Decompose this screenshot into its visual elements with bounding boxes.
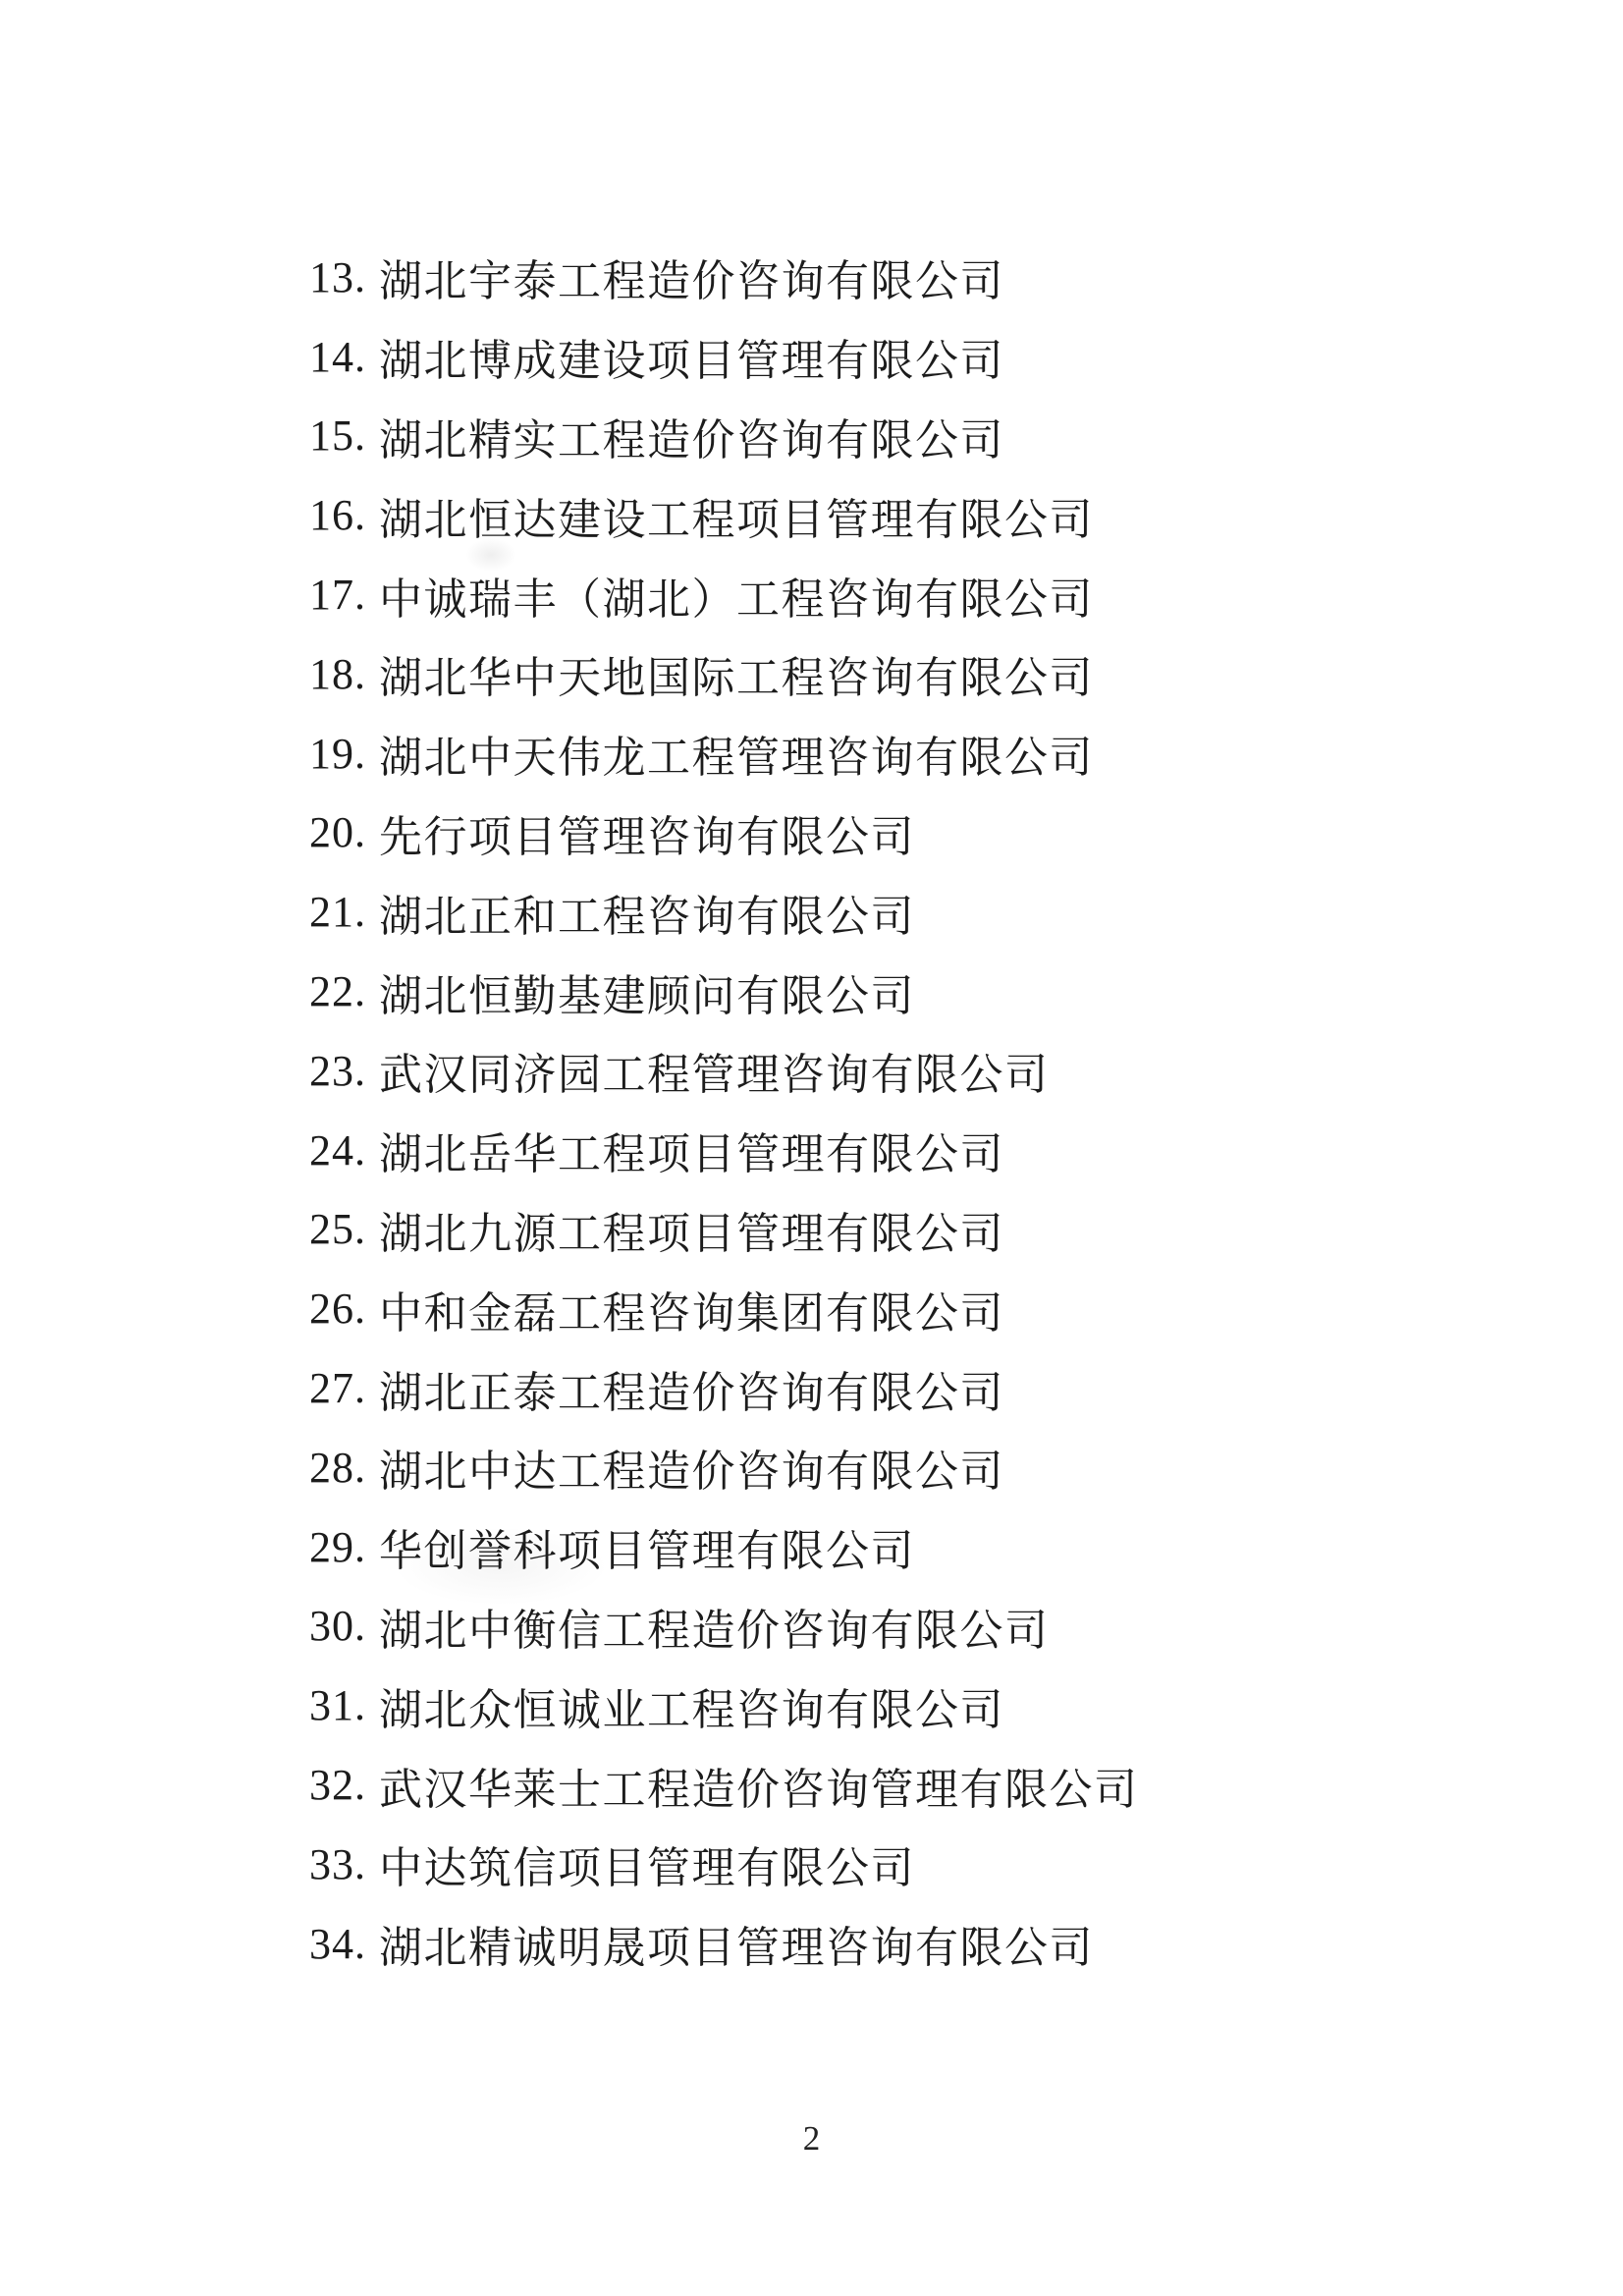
company-name: 武汉华莱士工程造价咨询管理有限公司 [379, 1754, 1139, 1817]
item-number: 13. [309, 252, 366, 302]
company-name: 湖北中天伟龙工程管理咨询有限公司 [379, 722, 1094, 785]
item-number: 17. [309, 570, 366, 620]
company-name: 湖北正泰工程造价咨询有限公司 [379, 1357, 1004, 1420]
item-number: 34. [309, 1919, 366, 1969]
list-item: 25.湖北九源工程项目管理有限公司 [309, 1190, 1139, 1270]
company-name: 湖北岳华工程项目管理有限公司 [379, 1119, 1004, 1181]
list-item: 17.中诚瑞丰（湖北）工程咨询有限公司 [309, 555, 1139, 634]
company-name: 湖北中衡信工程造价咨询有限公司 [379, 1595, 1050, 1658]
company-name: 湖北精诚明晟项目管理咨询有限公司 [379, 1912, 1094, 1975]
company-name: 中诚瑞丰（湖北）工程咨询有限公司 [379, 564, 1094, 627]
item-number: 23. [309, 1046, 366, 1096]
company-name: 湖北博成建设项目管理有限公司 [379, 325, 1004, 388]
item-number: 27. [309, 1363, 366, 1413]
list-item: 18.湖北华中天地国际工程咨询有限公司 [309, 634, 1139, 714]
company-name: 湖北精实工程造价咨询有限公司 [379, 405, 1004, 467]
page-number: 2 [0, 2119, 1623, 2159]
list-item: 28.湖北中达工程造价咨询有限公司 [309, 1428, 1139, 1507]
item-number: 24. [309, 1125, 366, 1175]
company-name: 华创誉科项目管理有限公司 [379, 1515, 915, 1578]
item-number: 33. [309, 1839, 366, 1889]
company-name: 湖北九源工程项目管理有限公司 [379, 1198, 1004, 1261]
item-number: 30. [309, 1601, 366, 1651]
item-number: 15. [309, 410, 366, 461]
item-number: 26. [309, 1284, 366, 1334]
company-name: 湖北正和工程咨询有限公司 [379, 881, 915, 944]
item-number: 28. [309, 1443, 366, 1493]
list-item: 20.先行项目管理咨询有限公司 [309, 793, 1139, 873]
company-name: 湖北众恒诚业工程咨询有限公司 [379, 1674, 1004, 1737]
item-number: 19. [309, 729, 366, 779]
list-item: 26.中和金磊工程咨询集团有限公司 [309, 1269, 1139, 1348]
item-number: 31. [309, 1680, 366, 1730]
list-item: 22.湖北恒勤基建顾问有限公司 [309, 952, 1139, 1031]
company-name: 中达筑信项目管理有限公司 [379, 1832, 915, 1895]
item-number: 32. [309, 1760, 366, 1810]
list-item: 27.湖北正泰工程造价咨询有限公司 [309, 1348, 1139, 1428]
company-name: 湖北华中天地国际工程咨询有限公司 [379, 642, 1094, 705]
item-number: 14. [309, 332, 366, 382]
list-item: 15.湖北精实工程造价咨询有限公司 [309, 397, 1139, 476]
list-item: 21.湖北正和工程咨询有限公司 [309, 872, 1139, 952]
list-item: 31.湖北众恒诚业工程咨询有限公司 [309, 1666, 1139, 1745]
company-list: 13.湖北宇泰工程造价咨询有限公司14.湖北博成建设项目管理有限公司15.湖北精… [309, 238, 1139, 1984]
item-number: 22. [309, 966, 366, 1016]
list-item: 33.中达筑信项目管理有限公司 [309, 1825, 1139, 1904]
item-number: 16. [309, 490, 366, 540]
item-number: 18. [309, 649, 366, 699]
item-number: 25. [309, 1204, 366, 1254]
scanned-document-page: 13.湖北宇泰工程造价咨询有限公司14.湖北博成建设项目管理有限公司15.湖北精… [0, 0, 1623, 2296]
company-name: 湖北恒达建设工程项目管理有限公司 [379, 484, 1094, 547]
list-item: 29.华创誉科项目管理有限公司 [309, 1507, 1139, 1587]
item-number: 21. [309, 887, 366, 937]
list-item: 34.湖北精诚明晟项目管理咨询有限公司 [309, 1904, 1139, 1984]
list-item: 13.湖北宇泰工程造价咨询有限公司 [309, 238, 1139, 317]
company-name: 湖北中达工程造价咨询有限公司 [379, 1436, 1004, 1499]
company-name: 中和金磊工程咨询集团有限公司 [379, 1278, 1004, 1340]
item-number: 29. [309, 1522, 366, 1572]
company-name: 湖北宇泰工程造价咨询有限公司 [379, 246, 1004, 308]
company-name: 武汉同济园工程管理咨询有限公司 [379, 1039, 1050, 1102]
list-item: 23.武汉同济园工程管理咨询有限公司 [309, 1031, 1139, 1111]
company-name: 湖北恒勤基建顾问有限公司 [379, 960, 915, 1023]
list-item: 19.湖北中天伟龙工程管理咨询有限公司 [309, 714, 1139, 793]
list-item: 24.湖北岳华工程项目管理有限公司 [309, 1111, 1139, 1190]
list-item: 16.湖北恒达建设工程项目管理有限公司 [309, 475, 1139, 555]
list-item: 14.湖北博成建设项目管理有限公司 [309, 317, 1139, 397]
list-item: 30.湖北中衡信工程造价咨询有限公司 [309, 1587, 1139, 1667]
item-number: 20. [309, 807, 366, 857]
list-item: 32.武汉华莱士工程造价咨询管理有限公司 [309, 1745, 1139, 1825]
company-name: 先行项目管理咨询有限公司 [379, 801, 915, 864]
